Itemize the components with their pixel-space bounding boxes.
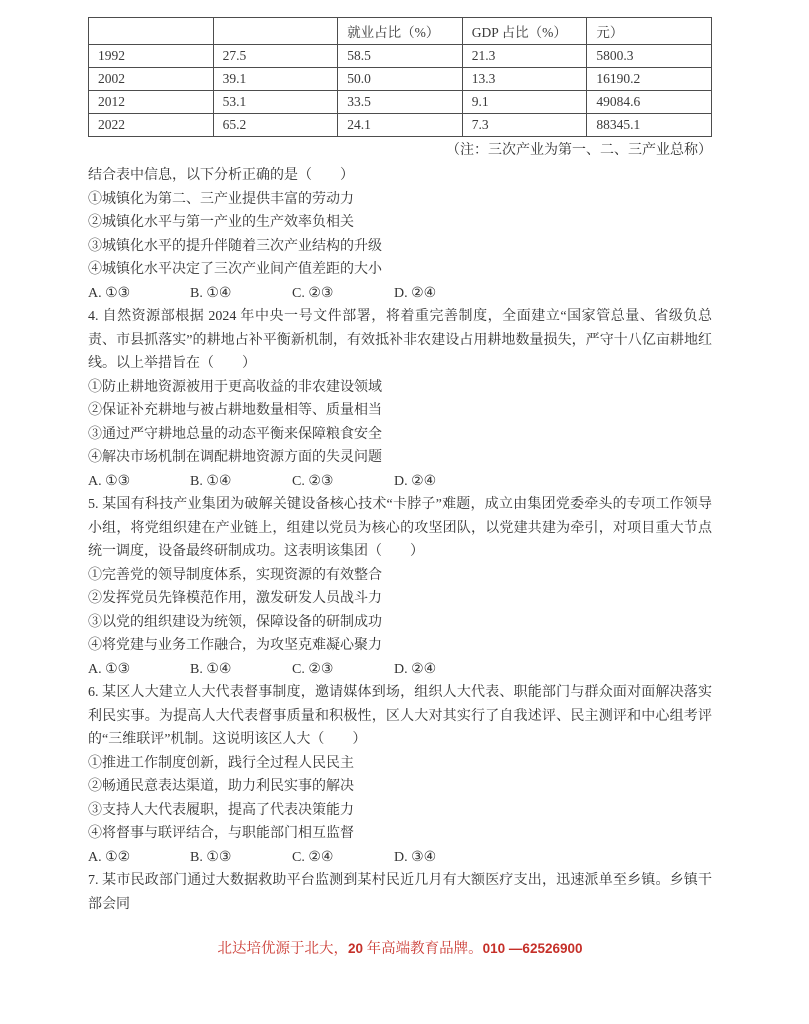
table-cell: 27.5	[213, 45, 338, 68]
options-row: A. ①③B. ①④C. ②③D. ②④	[88, 282, 712, 306]
question-item: ③城镇化水平的提升伴随着三次产业结构的升级	[88, 235, 712, 259]
question-item: ③支持人大代表履职，提高了代表决策能力	[88, 799, 712, 823]
question-5: 5. 某国有科技产业集团为破解关键设备核心技术“卡脖子”难题，成立由集团党委牵头…	[88, 493, 712, 681]
table-cell: 1992	[89, 45, 214, 68]
options-row: A. ①③B. ①④C. ②③D. ②④	[88, 658, 712, 682]
option-label: D. ②④	[394, 658, 436, 682]
question-item: ④将党建与业务工作融合，为攻坚克难凝心聚力	[88, 634, 712, 658]
question-item: ③以党的组织建设为统领，保障设备的研制成功	[88, 611, 712, 635]
option-label: B. ①④	[190, 658, 292, 682]
table-cell: 21.3	[462, 45, 587, 68]
table-cell: 2002	[89, 68, 214, 91]
table-cell: 50.0	[338, 68, 463, 91]
option-label: D. ③④	[394, 846, 436, 870]
table-cell: 2012	[89, 91, 214, 114]
option-label: A. ①②	[88, 846, 190, 870]
table-header-cell: GDP 占比（%）	[462, 18, 587, 45]
table-cell: 16190.2	[587, 68, 712, 91]
footer-text-segment: 年高端教育品牌。	[363, 941, 483, 957]
question-item: ③通过严守耕地总量的动态平衡来保障粮食安全	[88, 423, 712, 447]
question-7: 7. 某市民政部门通过大数据救助平台监测到某村民近几月有大额医疗支出，迅速派单至…	[88, 869, 712, 916]
table-cell: 65.2	[213, 114, 338, 137]
option-label: C. ②③	[292, 282, 394, 306]
question-stem: 结合表中信息，以下分析正确的是（ ）	[88, 164, 712, 188]
table-header-cell: 元）	[587, 18, 712, 45]
question-stem: 6. 某区人大建立人大代表督事制度，邀请媒体到场，组织人大代表、职能部门与群众面…	[88, 681, 712, 752]
question-3-cont: 结合表中信息，以下分析正确的是（ ）①城镇化为第二、三产业提供丰富的劳动力②城镇…	[88, 164, 712, 305]
options-row: A. ①③B. ①④C. ②③D. ②④	[88, 470, 712, 494]
question-item: ①推进工作制度创新，践行全过程人民民主	[88, 752, 712, 776]
table-cell: 2022	[89, 114, 214, 137]
table-row: 200239.150.013.316190.2	[89, 68, 712, 91]
option-label: D. ②④	[394, 470, 436, 494]
table-cell: 33.5	[338, 91, 463, 114]
page-content: 就业占比（%）GDP 占比（%）元） 199227.558.521.35800.…	[88, 17, 712, 916]
table-header-cell	[213, 18, 338, 45]
option-label: C. ②③	[292, 658, 394, 682]
question-item: ①防止耕地资源被用于更高收益的非农建设领域	[88, 376, 712, 400]
question-item: ②城镇化水平与第一产业的生产效率负相关	[88, 211, 712, 235]
exam-page: 就业占比（%）GDP 占比（%）元） 199227.558.521.35800.…	[0, 0, 809, 1024]
statistics-table: 就业占比（%）GDP 占比（%）元） 199227.558.521.35800.…	[88, 17, 712, 137]
question-item: ②保证补充耕地与被占耕地数量相等、质量相当	[88, 399, 712, 423]
footer-branding: 北达培优源于北大，20 年高端教育品牌。010 —62526900	[88, 938, 712, 960]
table-cell: 24.1	[338, 114, 463, 137]
table-header-cell	[89, 18, 214, 45]
option-label: B. ①④	[190, 282, 292, 306]
question-stem: 7. 某市民政部门通过大数据救助平台监测到某村民近几月有大额医疗支出，迅速派单至…	[88, 869, 712, 916]
question-item: ②畅通民意表达渠道，助力利民实事的解决	[88, 775, 712, 799]
footer-text-segment: 20	[348, 941, 363, 956]
question-item: ④将督事与联评结合，与职能部门相互监督	[88, 822, 712, 846]
option-label: D. ②④	[394, 282, 436, 306]
question-item: ①城镇化为第二、三产业提供丰富的劳动力	[88, 188, 712, 212]
table-cell: 58.5	[338, 45, 463, 68]
question-item: ①完善党的领导制度体系，实现资源的有效整合	[88, 564, 712, 588]
footer-text-segment: 北达培优源于北大，	[218, 941, 349, 957]
table-cell: 13.3	[462, 68, 587, 91]
table-cell: 49084.6	[587, 91, 712, 114]
option-label: A. ①③	[88, 282, 190, 306]
options-row: A. ①②B. ①③C. ②④D. ③④	[88, 846, 712, 870]
option-label: C. ②③	[292, 470, 394, 494]
table-header-cell: 就业占比（%）	[338, 18, 463, 45]
question-item: ②发挥党员先锋模范作用，激发研发人员战斗力	[88, 587, 712, 611]
table-head: 就业占比（%）GDP 占比（%）元）	[89, 18, 712, 45]
table-cell: 5800.3	[587, 45, 712, 68]
questions: 结合表中信息，以下分析正确的是（ ）①城镇化为第二、三产业提供丰富的劳动力②城镇…	[88, 164, 712, 916]
footer-text-segment: 010 —62526900	[483, 941, 583, 956]
option-label: A. ①③	[88, 470, 190, 494]
table-row: 202265.224.17.388345.1	[89, 114, 712, 137]
question-item: ④解决市场机制在调配耕地资源方面的失灵问题	[88, 446, 712, 470]
question-stem: 5. 某国有科技产业集团为破解关键设备核心技术“卡脖子”难题，成立由集团党委牵头…	[88, 493, 712, 564]
table-note: （注：三次产业为第一、二、三产业总称）	[88, 139, 712, 162]
question-stem: 4. 自然资源部根据 2024 年中央一号文件部署，将着重完善制度，全面建立“国…	[88, 305, 712, 376]
table-row: 201253.133.59.149084.6	[89, 91, 712, 114]
option-label: B. ①③	[190, 846, 292, 870]
table-cell: 39.1	[213, 68, 338, 91]
option-label: A. ①③	[88, 658, 190, 682]
table-cell: 7.3	[462, 114, 587, 137]
question-6: 6. 某区人大建立人大代表督事制度，邀请媒体到场，组织人大代表、职能部门与群众面…	[88, 681, 712, 869]
table-row: 199227.558.521.35800.3	[89, 45, 712, 68]
question-4: 4. 自然资源部根据 2024 年中央一号文件部署，将着重完善制度，全面建立“国…	[88, 305, 712, 493]
option-label: B. ①④	[190, 470, 292, 494]
table-cell: 9.1	[462, 91, 587, 114]
table-cell: 53.1	[213, 91, 338, 114]
table-cell: 88345.1	[587, 114, 712, 137]
option-label: C. ②④	[292, 846, 394, 870]
table-header-row: 就业占比（%）GDP 占比（%）元）	[89, 18, 712, 45]
question-item: ④城镇化水平决定了三次产业间产值差距的大小	[88, 258, 712, 282]
table-body: 199227.558.521.35800.3200239.150.013.316…	[89, 45, 712, 137]
